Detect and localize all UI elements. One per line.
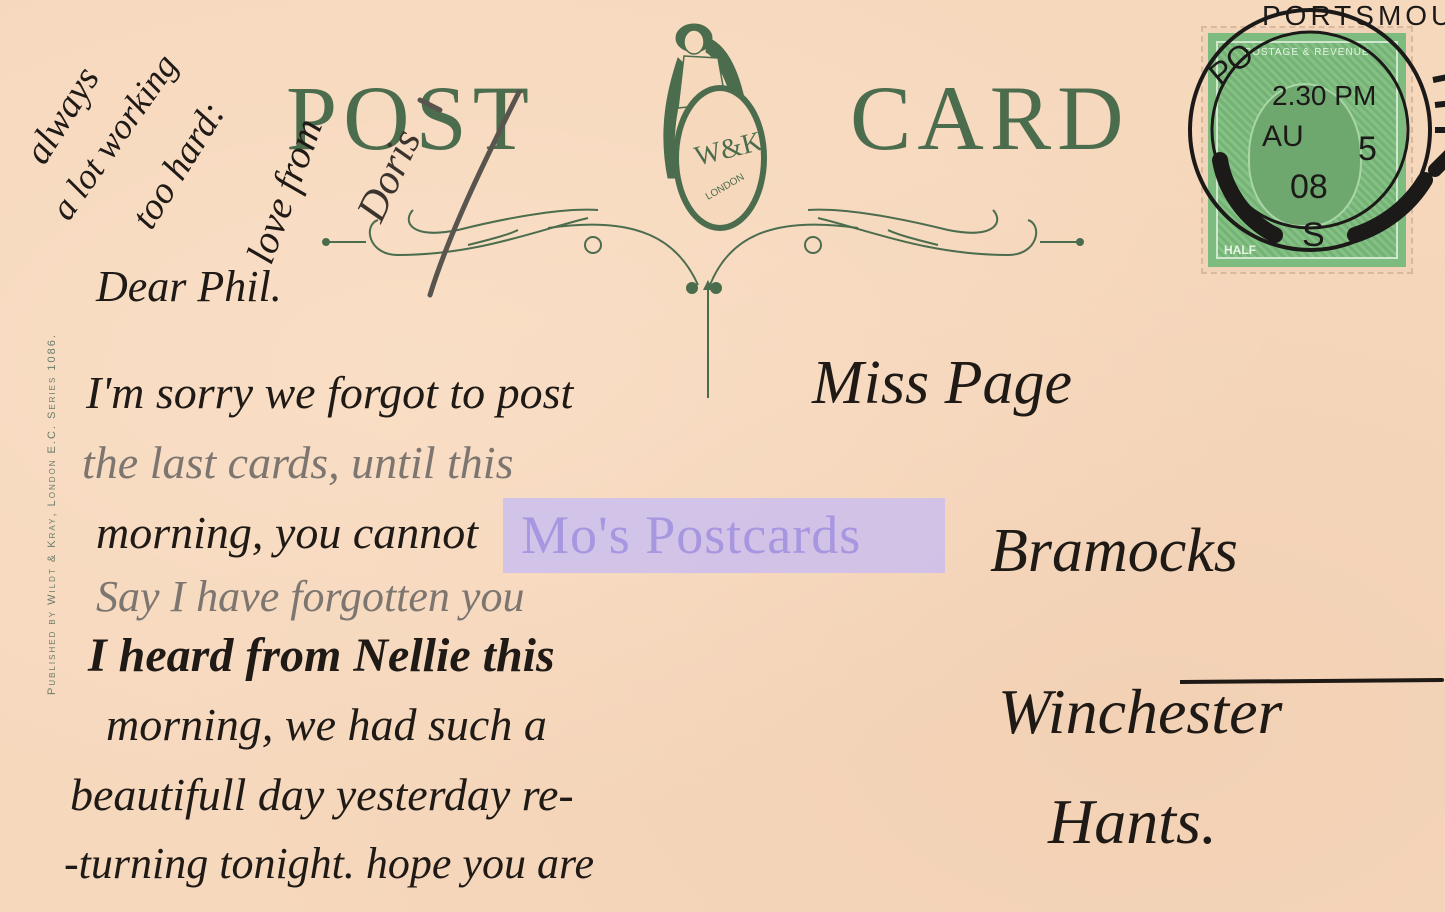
message-line-2: the last cards, until this [82, 440, 513, 486]
postcard-back: POST CARD W&K LONDON [0, 0, 1445, 912]
pen-stroke-seven-icon [410, 90, 530, 300]
publisher-imprint: Published by Wildt & Kray, London E.C. S… [46, 333, 58, 695]
message-line-5: I heard from Nellie this [88, 632, 555, 680]
vertical-divider-arrow-icon [702, 278, 714, 398]
message-line-4: Say I have forgotten you [96, 575, 524, 619]
message-line-8: -turning tonight. hope you are [64, 842, 594, 886]
greeting: Dear Phil. [96, 265, 282, 309]
postmark-time: 2.30 PM [1272, 82, 1376, 110]
margin-note-line-4: love from [240, 113, 329, 268]
postmark-month: AU [1262, 122, 1304, 152]
address-line-1: Miss Page [812, 352, 1072, 414]
postmark-year: 08 [1290, 170, 1328, 204]
message-line-6: morning, we had such a [106, 702, 547, 748]
address-line-2: Bramocks [990, 520, 1238, 582]
message-line-1: I'm sorry we forgot to post [86, 370, 573, 416]
watermark-text: Mo's Postcards [521, 504, 861, 566]
postmark-town-arc: PORTSMOUTH [1262, 2, 1445, 30]
address-underline [1180, 672, 1445, 692]
message-line-7: beautifull day yesterday re- [70, 772, 574, 818]
address-line-4: Hants. [1048, 790, 1217, 854]
card-heading: CARD [850, 72, 1130, 164]
watermark-banner: Mo's Postcards [503, 498, 945, 573]
message-line-3: morning, you cannot [96, 510, 478, 556]
postmark-day: 5 [1358, 132, 1377, 166]
postmark-code: S [1302, 218, 1325, 252]
